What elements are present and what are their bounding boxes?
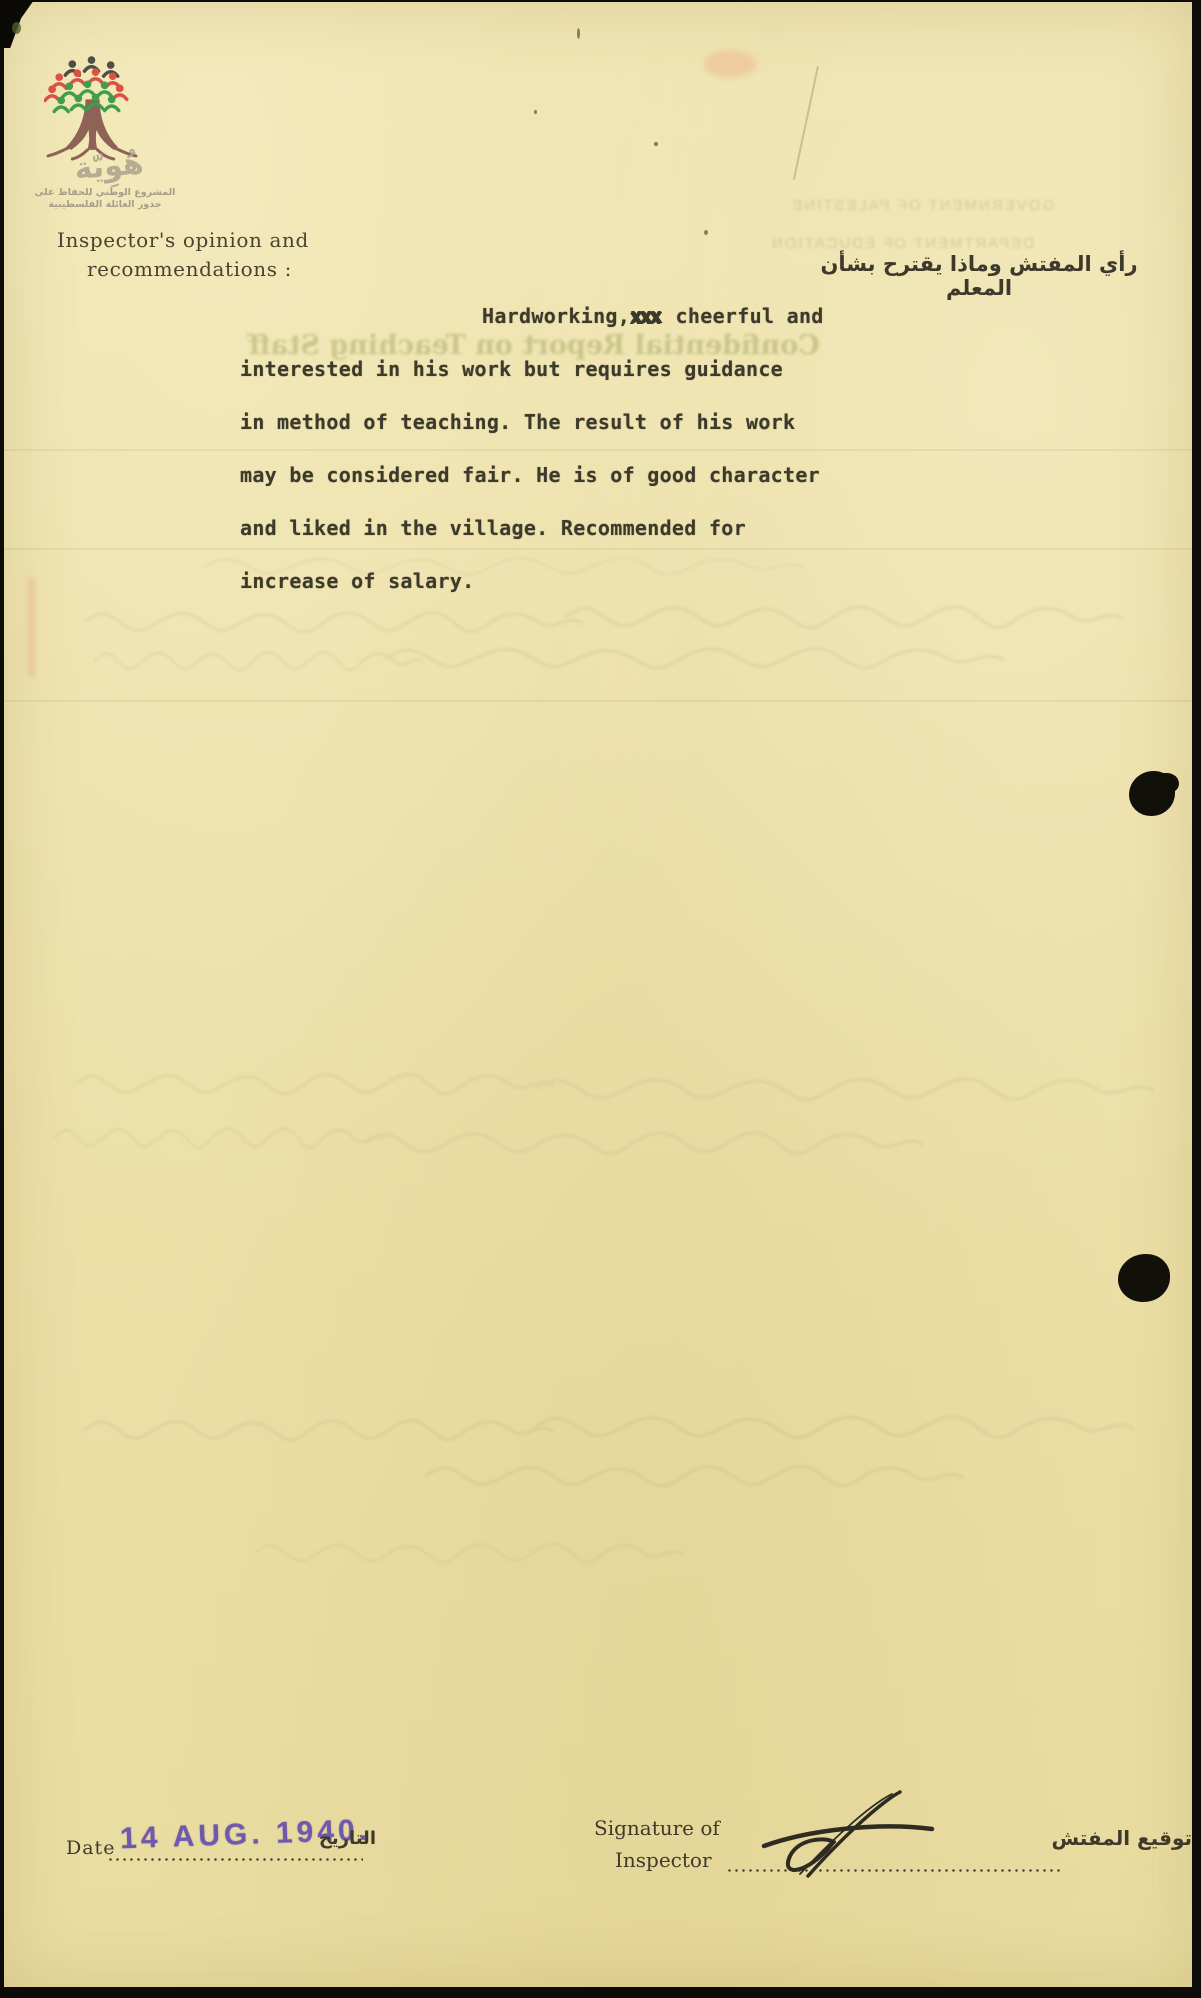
logo-subtitle-line1: المشروع الوطني للحفاظ على <box>30 187 180 199</box>
bleedthrough-gov-line1: GOVERNMENT OF PALESTINE <box>804 197 1054 214</box>
overstruck-word: xxx <box>630 304 660 328</box>
signature-label-arabic: توقيع المفتش <box>1032 1826 1192 1850</box>
faint-rule <box>4 700 1192 702</box>
punch-hole-mark-top <box>1129 771 1175 816</box>
ink-speck <box>704 230 708 235</box>
typed-line-5: and liked in the village. Recommended fo… <box>240 516 746 540</box>
bleedthrough-gov-line2: DEPARTMENT OF EDUCATION <box>784 235 1034 252</box>
scratch-mark <box>793 66 819 180</box>
signature-label-line1: Signature of <box>594 1812 720 1844</box>
pink-stain <box>704 50 756 78</box>
scan-speck <box>12 22 21 34</box>
bleedthrough-handwriting <box>74 602 1124 682</box>
typed-line-4: may be considered fair. He is of good ch… <box>240 463 820 487</box>
paper-sheet: هُوِيّة المشروع الوطني للحفاظ على جذور ا… <box>4 2 1192 1987</box>
logo-subtitle: المشروع الوطني للحفاظ على جذور العائلة ا… <box>30 187 180 210</box>
date-label: Date <box>66 1837 115 1859</box>
ink-speck <box>534 110 537 114</box>
typed-line1-post: cheerful and <box>663 304 823 328</box>
typed-line-3: in method of teaching. The result of his… <box>240 410 795 434</box>
bleedthrough-handwriting <box>44 1070 1174 1170</box>
inspectors-opinion-label-line1: Inspector's opinion and <box>57 226 309 255</box>
archive-logo: هُوِيّة المشروع الوطني للحفاظ على جذور ا… <box>44 55 194 161</box>
bleedthrough-handwriting <box>64 1410 1144 1500</box>
family-tree-icon <box>44 55 140 161</box>
logo-subtitle-line2: جذور العائلة الفلسطينية <box>30 199 180 211</box>
typed-line-6: increase of salary. <box>240 569 474 593</box>
faint-rule <box>4 548 1192 550</box>
inspector-signature-icon <box>746 1788 946 1880</box>
ink-speck <box>577 28 580 39</box>
typed-line1-pre: Hardworking, <box>482 304 630 328</box>
scanned-document: هُوِيّة المشروع الوطني للحفاظ على جذور ا… <box>0 0 1201 1998</box>
signature-label-line2: Inspector <box>615 1844 720 1876</box>
faint-rule <box>4 449 1192 451</box>
typed-line-2: interested in his work but requires guid… <box>240 357 783 381</box>
punch-hole-mark-bottom <box>1118 1254 1170 1302</box>
pink-edge-stain <box>28 577 35 677</box>
ink-speck <box>654 142 658 146</box>
date-label-arabic: التاريخ <box>316 1828 376 1849</box>
signature-label: Signature of Inspector <box>594 1812 720 1876</box>
inspectors-opinion-label-line2: recommendations : <box>87 255 309 284</box>
inspectors-opinion-label-arabic: رأي المفتش وماذا يقترح بشأن المعلم <box>819 252 1139 300</box>
bleedthrough-handwriting <box>254 1540 684 1570</box>
date-dotted-line <box>107 1858 363 1861</box>
inspectors-opinion-label: Inspector's opinion and recommendations … <box>57 226 309 284</box>
typed-line-1: Hardworking,xxx cheerful and <box>482 304 824 328</box>
